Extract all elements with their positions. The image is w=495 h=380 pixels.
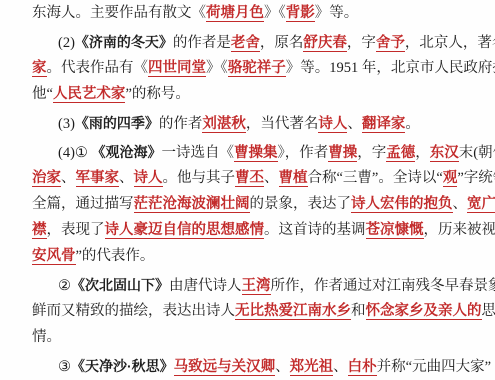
- body-text: 、: [347, 116, 362, 132]
- text-line: 全篇，通过描写茫茫沧海波澜壮阔的景象，表达了诗人宏伟的抱负、宽广的胸: [32, 191, 465, 217]
- body-text: 的景象，表达了: [250, 196, 352, 212]
- answer-text: 白朴: [348, 359, 377, 370]
- text-line: ③《天净沙·秋思》马致远与关汉卿、郑光祖、白朴并称“元曲四大家”: [32, 353, 465, 370]
- answer-text: 背影: [286, 5, 315, 22]
- body-text: 。这首诗的基调: [264, 222, 366, 238]
- answer-text: 观: [443, 170, 458, 187]
- answer-text: 茫茫沧海波澜壮阔: [134, 196, 250, 213]
- answer-text: 四世同堂: [148, 60, 206, 77]
- body-text: 》《: [264, 5, 286, 21]
- answer-text: 王湾: [242, 278, 271, 295]
- answer-text: 曹操集: [234, 145, 278, 162]
- body-text: 并称“元曲四大家”: [377, 359, 491, 370]
- text-line: (3)《雨的四季》的作者刘湛秋，当代著名诗人、翻译家。: [32, 110, 465, 136]
- body-text: ②: [58, 278, 71, 294]
- answer-text: 骆驼祥子: [228, 60, 286, 77]
- body-text: 合称“三曹”。全诗以“: [308, 170, 443, 186]
- body-text: 一诗选自《: [162, 145, 235, 161]
- answer-text: 东汉: [430, 145, 459, 162]
- body-text: 、: [61, 170, 76, 186]
- answer-text: 诗人: [134, 170, 163, 187]
- answer-text: 怀念家乡及亲人的: [366, 303, 482, 320]
- body-text: ③: [58, 359, 71, 370]
- body-text: 东海人。主要作品有散文《: [32, 5, 206, 21]
- answer-text: 襟: [32, 222, 47, 239]
- body-text: ，字: [357, 145, 386, 161]
- text-line: 安风骨”的代表作。: [32, 243, 465, 269]
- body-text: 、: [333, 359, 348, 370]
- answer-text: 诗人: [318, 116, 347, 133]
- text-line: ②《次北固山下》由唐代诗人王湾所作，作者通过对江南残冬早春景象新: [32, 272, 465, 298]
- paragraph: (2)《济南的冬天》的作者是老舍，原名舒庆春，字舍予，北京人，著名作家。代表作品…: [32, 29, 465, 107]
- paragraph: ②《次北固山下》由唐代诗人王湾所作，作者通过对江南残冬早春景象新鲜而又精致的描绘…: [32, 272, 465, 350]
- body-text: 由唐代诗人: [169, 278, 242, 294]
- document-page: 东海人。主要作品有散文《荷塘月色》《背影》等。(2)《济南的冬天》的作者是老舍，…: [32, 0, 465, 370]
- paragraph: (4)① 《观沧海》一诗选自《曹操集》，作者曹操，字孟德，东汉末(朝代)政治家、…: [32, 139, 465, 269]
- answer-text: 军事家: [76, 170, 120, 187]
- lesson-title: 《天净沙·秋思》: [71, 358, 174, 370]
- lesson-title: 《济南的冬天》: [75, 34, 173, 50]
- body-text: ，历来被视为“: [424, 222, 495, 238]
- answer-text: 无比热爱江南水乡: [235, 303, 351, 320]
- body-text: 的作者: [159, 116, 203, 132]
- body-text: 、: [119, 170, 134, 186]
- body-text: ”的称号。: [125, 86, 189, 102]
- answer-text: 郑光祖: [290, 359, 334, 370]
- paragraph: 东海人。主要作品有散文《荷塘月色》《背影》等。: [32, 0, 465, 26]
- answer-text: 安风骨: [32, 248, 76, 265]
- answer-text: 治家: [32, 170, 61, 187]
- answer-text: 荷塘月色: [206, 5, 264, 22]
- answer-text: 曹丕: [235, 170, 264, 187]
- answer-text: 舍予: [376, 35, 405, 52]
- body-text: (2): [58, 35, 75, 51]
- answer-text: 曹植: [279, 170, 308, 187]
- body-text: 。代表作品有《: [47, 60, 149, 76]
- answer-text: 刘湛秋: [202, 116, 246, 133]
- body-text: 、: [453, 196, 468, 212]
- text-line: 情。: [32, 324, 465, 350]
- body-text: ，: [415, 145, 430, 161]
- answer-text: 曹操: [328, 145, 357, 162]
- answer-text: 宽广的胸: [467, 196, 495, 213]
- lesson-title: 《次北固山下》: [71, 277, 169, 293]
- body-text: 。他与其子: [163, 170, 236, 186]
- answer-text: 人民艺术家: [53, 86, 126, 103]
- text-line: (2)《济南的冬天》的作者是老舍，原名舒庆春，字舍予，北京人，著名作: [32, 29, 465, 55]
- body-text: ，北京人，著名: [405, 35, 495, 51]
- text-line: 家。代表作品有《四世同堂》《骆驼祥子》等。1951 年，北京市人民政府授予: [32, 55, 465, 81]
- body-text: 、: [275, 359, 290, 370]
- body-text: ，字: [347, 35, 376, 51]
- body-text: 、: [264, 170, 279, 186]
- body-text: 和: [351, 303, 366, 319]
- body-text: 》《: [206, 60, 228, 76]
- body-text: 全篇，通过描写: [32, 196, 134, 212]
- answer-text: 老舍: [231, 35, 260, 52]
- answer-text: 翻译家: [362, 116, 406, 133]
- body-text: ，当代著名: [246, 116, 319, 132]
- answer-text: 诗人宏伟的抱负: [351, 196, 453, 213]
- text-line: (4)① 《观沧海》一诗选自《曹操集》，作者曹操，字孟德，东汉末(朝代)政: [32, 139, 465, 165]
- answer-text: 苍凉慷慨: [366, 222, 424, 239]
- body-text: 的作者是: [173, 35, 231, 51]
- body-text: ”的代表作。: [76, 248, 155, 264]
- text-line: 襟，表现了诗人豪迈自信的思想感情。这首诗的基调苍凉慷慨，历来被视为“建: [32, 217, 465, 243]
- answer-text: 家: [32, 60, 47, 77]
- body-text: 思想感: [482, 303, 495, 319]
- body-text: 》，作者: [278, 145, 329, 161]
- answer-text: 马致远与关汉卿: [174, 359, 276, 370]
- body-text: ，表现了: [47, 222, 105, 238]
- answer-text: 诗人豪迈自信的思想感情: [105, 222, 265, 239]
- lesson-title: 《雨的四季》: [75, 115, 159, 131]
- body-text: 》等。1951 年，北京市人民政府授予: [286, 60, 495, 76]
- answer-text: 舒庆春: [303, 35, 347, 52]
- answer-text: 孟德: [386, 145, 415, 162]
- paragraph: (3)《雨的四季》的作者刘湛秋，当代著名诗人、翻译家。: [32, 110, 465, 136]
- body-text: 鲜而又精致的描绘，表达出诗人: [32, 303, 235, 319]
- body-text: ”字统领: [457, 170, 495, 186]
- body-text: 末(朝代): [459, 145, 495, 161]
- lesson-title: 《观沧海》: [92, 144, 162, 160]
- text-line: 他“人民艺术家”的称号。: [32, 81, 465, 107]
- body-text: 所作，作者通过对江南残冬早春景象新: [271, 278, 495, 294]
- text-line: 治家、军事家、诗人。他与其子曹丕、曹植合称“三曹”。全诗以“观”字统领: [32, 165, 465, 191]
- body-text: 他“: [32, 86, 53, 102]
- body-text: ，原名: [260, 35, 304, 51]
- body-text: 。: [405, 116, 420, 132]
- body-text: (3): [58, 116, 75, 132]
- paragraph: ③《天净沙·秋思》马致远与关汉卿、郑光祖、白朴并称“元曲四大家”: [32, 353, 465, 370]
- body-text: 》等。: [315, 5, 359, 21]
- body-text: (4)①: [58, 145, 92, 161]
- text-line: 东海人。主要作品有散文《荷塘月色》《背影》等。: [32, 0, 465, 26]
- body-text: 情。: [32, 329, 61, 345]
- text-line: 鲜而又精致的描绘，表达出诗人无比热爱江南水乡和怀念家乡及亲人的思想感: [32, 298, 465, 324]
